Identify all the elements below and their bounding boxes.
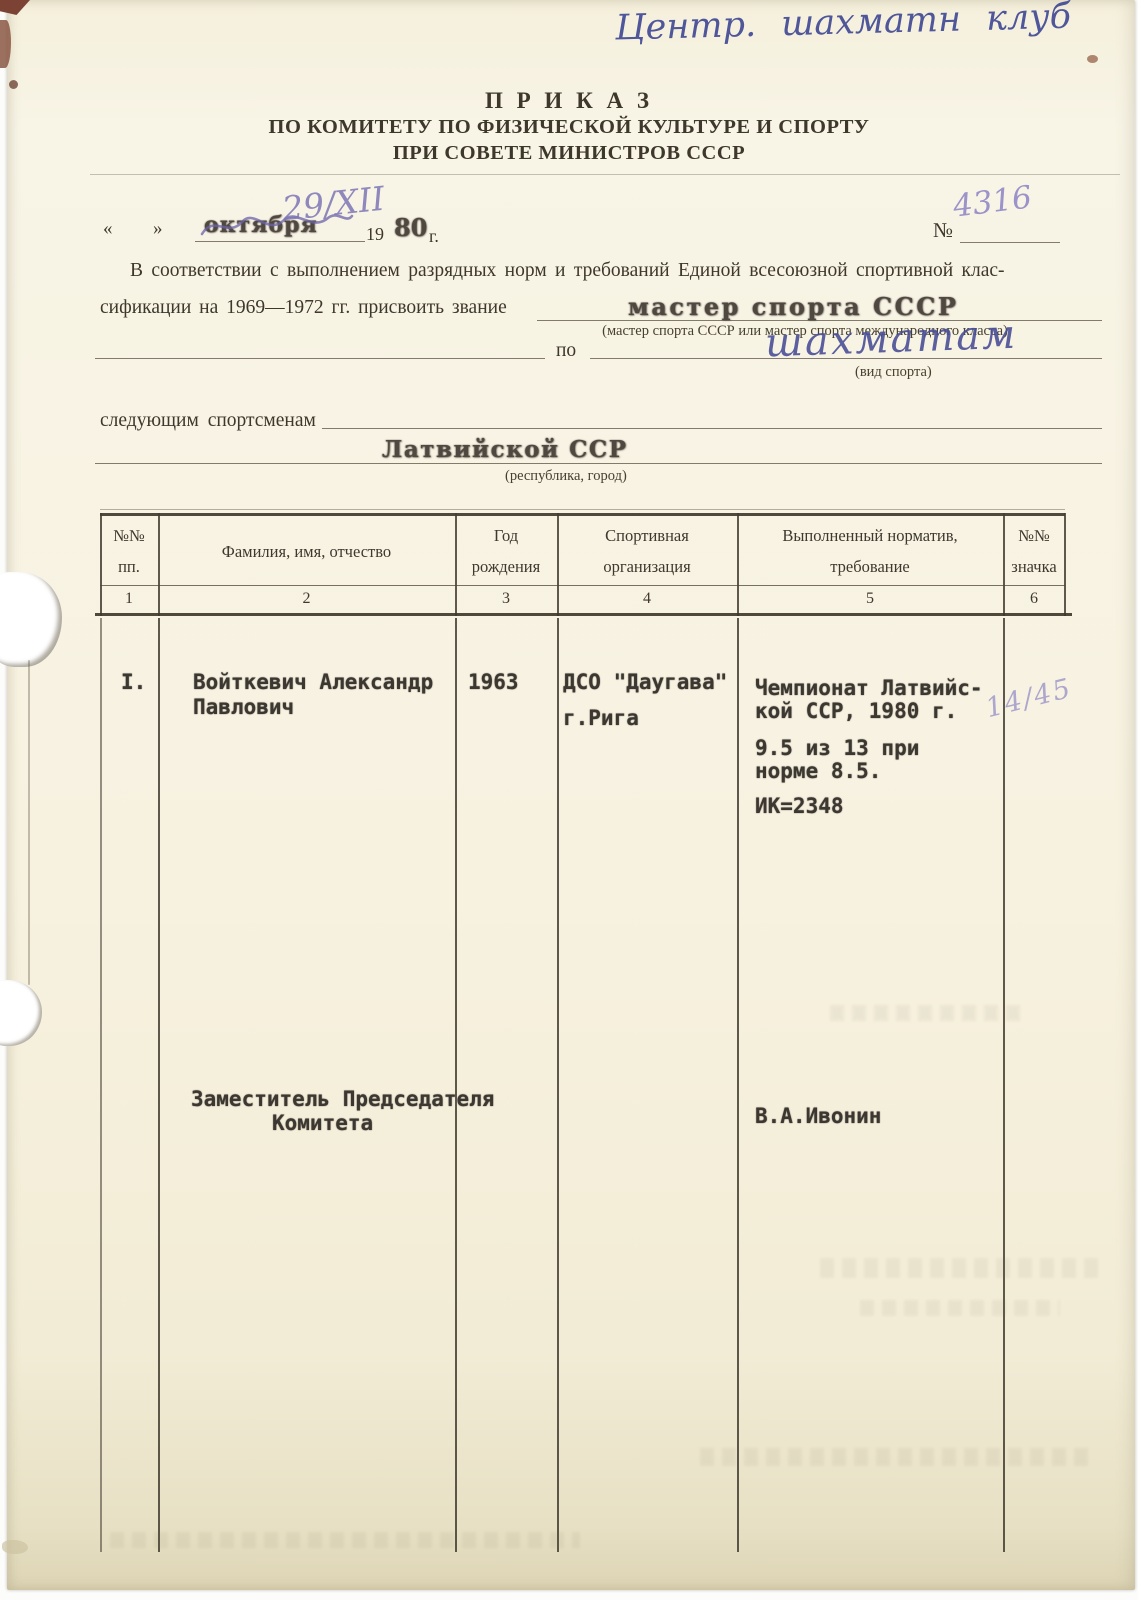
stamped-year: 80	[394, 213, 427, 242]
col-header-1: №№ пп.	[100, 519, 158, 585]
bleed-through-smudge	[700, 1448, 1090, 1466]
paragraph-line-2: сификации на 1969—1972 гг. присвоить зва…	[100, 297, 507, 319]
col-header-text: Фамилия, имя, отчество	[222, 537, 391, 568]
paper-edge-shadow	[28, 660, 30, 985]
birth-year: 1963	[468, 671, 519, 694]
table-top-border	[100, 513, 1065, 516]
col-header-5: Выполненный норматив, требование	[737, 519, 1003, 585]
table-header-divider	[100, 585, 1065, 586]
number-underline	[960, 242, 1060, 243]
bleed-through-smudge	[820, 1258, 1100, 1278]
sport-underline-left	[95, 358, 545, 359]
table-vline	[100, 618, 102, 1552]
paper-speck	[2, 1540, 28, 1554]
norm-line-4: норме 8.5.	[755, 760, 881, 783]
table-vline	[455, 618, 457, 1552]
signature-title-line-2: Комитета	[272, 1112, 373, 1135]
organization-line-1: ДСО "Даугава"	[563, 671, 727, 694]
norm-line-5: ИК=2348	[755, 795, 844, 818]
bleed-through-smudge	[860, 1300, 1060, 1316]
col-number: 1	[100, 590, 158, 608]
bleed-through-smudge	[830, 1005, 1020, 1021]
col-header-text: Выполненный норматив,	[782, 521, 957, 552]
col-header-4: Спортивная организация	[557, 519, 737, 585]
col-header-3: Год рождения	[455, 519, 557, 585]
table-vline	[737, 618, 739, 1552]
norm-line-3: 9.5 из 13 при	[755, 737, 919, 760]
col-header-2: Фамилия, имя, отчество	[158, 519, 455, 585]
col-header-text: требование	[830, 552, 910, 583]
table-vline	[1003, 618, 1005, 1552]
paper-sheet	[7, 0, 1135, 1590]
table-top-border-thin	[100, 509, 1065, 510]
organization-line-2: г.Рига	[563, 707, 639, 730]
region-caption: (республика, город)	[505, 468, 627, 485]
col-header-text: рождения	[472, 552, 540, 583]
norm-line-2: кой ССР, 1980 г.	[755, 700, 957, 723]
col-header-text: №№	[113, 521, 145, 552]
paper-speck	[1087, 55, 1098, 63]
handwritten-sport: шахматам	[764, 312, 1018, 367]
col-number: 4	[557, 590, 737, 608]
col-header-text: пп.	[118, 552, 140, 583]
col-header-text: №№	[1018, 521, 1050, 552]
paragraph-line-1: В соответствии с выполнением разрядных н…	[130, 260, 1080, 282]
athletes-underline	[322, 428, 1102, 429]
scanned-order-document: Центр. шахматн клуб П Р И К А З ПО КОМИТ…	[0, 0, 1138, 1600]
col-number: 6	[1003, 590, 1065, 608]
sport-caption: (вид спорта)	[855, 364, 932, 381]
athletes-label: следующим спортсменам	[100, 410, 316, 432]
norm-line-1: Чемпионат Латвийс-	[755, 677, 983, 700]
table-vline	[557, 618, 559, 1552]
col-header-text: значка	[1011, 552, 1056, 583]
col-number: 5	[737, 590, 1003, 608]
athlete-name-line-1: Войткевич Александр	[193, 671, 433, 694]
document-subtitle-2: ПРИ СОВЕТЕ МИНИСТРОВ СССР	[0, 142, 1138, 165]
col-header-6: №№ значка	[1003, 519, 1065, 585]
col-header-text: Спортивная	[605, 521, 689, 552]
table-vline	[158, 618, 160, 1552]
document-subtitle-1: ПО КОМИТЕТУ ПО ФИЗИЧЕСКОЙ КУЛЬТУРЕ И СПО…	[0, 116, 1138, 139]
bleed-through-smudge	[110, 1532, 580, 1548]
col-number: 2	[158, 590, 455, 608]
po-label: по	[556, 340, 576, 362]
col-header-text: Год	[494, 521, 518, 552]
col-number: 3	[455, 590, 557, 608]
header-divider	[90, 174, 1120, 175]
number-label: №	[933, 218, 953, 243]
quote-open: «	[103, 218, 113, 240]
quote-close: »	[153, 218, 163, 240]
athlete-name-line-2: Павлович	[193, 696, 294, 719]
year-prefix: 19	[366, 224, 384, 245]
col-header-text: организация	[603, 552, 690, 583]
year-suffix: г.	[429, 226, 439, 247]
region-underline	[95, 463, 1102, 464]
row-number: I.	[121, 671, 146, 694]
table-number-row-border	[95, 613, 1072, 616]
document-title: П Р И К А З	[0, 88, 1138, 114]
stamped-region: Латвийской ССР	[382, 436, 628, 463]
signature-name: В.А.Ивонин	[755, 1105, 881, 1128]
signature-title-line-1: Заместитель Председателя	[191, 1088, 494, 1111]
